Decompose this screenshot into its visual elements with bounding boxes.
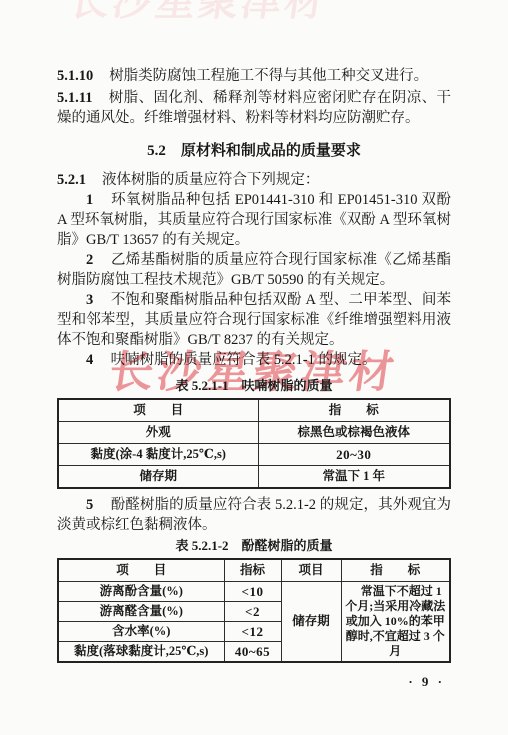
table-cell-item: 黏度(落球黏度计,25℃,s) [58,642,224,663]
table-row: 黏度(涂-4 黏度计,25℃,s) 20~30 [58,444,450,466]
table-cell-item: 游离酚含量(%) [58,582,224,602]
list-item-4: 4呋喃树脂的质量应符合表 5.2.1-1 的规定。 [57,350,451,370]
item-number: 1 [86,192,93,208]
table-cell-storage-item: 储存期 [281,582,341,663]
section-title: 原材料和制成品的质量要求 [181,143,361,159]
item-text: 酚醛树脂的质量应符合表 5.2.1-2 的规定，其外观宜为淡黄或棕红色黏稠液体。 [57,497,451,533]
page-content: 5.1.10树脂类防腐蚀工程施工不得与其他工种交叉进行。 5.1.11树脂、固化… [57,0,451,692]
table2-caption: 表 5.2.1-2 酚醛树脂的质量 [57,537,451,555]
table-cell-value: 棕黑色或棕褐色液体 [258,422,450,444]
clause-text: 液体树脂的质量应符合下列规定： [102,172,320,188]
clause-number: 5.1.11 [57,90,92,106]
item-number: 2 [86,252,93,268]
clause-number: 5.2.1 [57,172,86,188]
table-row: 外观 棕黑色或棕褐色液体 [58,422,450,444]
clause-5-2-1: 5.2.1液体树脂的质量应符合下列规定： [57,170,451,190]
item-number: 3 [86,292,93,308]
table-row: 游离酚含量(%) <10 储存期 常温下不超过 1 个月;当采用冷藏法或加入 1… [58,582,450,602]
item-number: 4 [86,352,93,368]
section-heading-5-2: 5.2原材料和制成品的质量要求 [57,141,451,161]
column-header-index: 指 标 [258,399,450,422]
table-cell-storage-value: 常温下不超过 1 个月;当采用冷藏法或加入 10%的苯甲醇时,不宜超过 3 个月 [341,582,450,663]
table-cell-value: <2 [224,602,281,622]
table1-caption: 表 5.2.1-1 呋喃树脂的质量 [57,377,451,395]
document-page: 长沙星聚津材 长沙星聚津材 5.1.10树脂类防腐蚀工程施工不得与其他工种交叉进… [0,0,508,735]
column-header-index: 指标 [224,559,281,582]
table-cell-value: <10 [224,582,281,602]
table-header-row: 项 目 指 标 [58,399,450,422]
item-number: 5 [86,497,93,513]
clause-number: 5.1.10 [57,68,93,84]
clause-5-1-11: 5.1.11树脂、固化剂、稀释剂等材料应密闭贮存在阴凉、干燥的通风处。纤维增强材… [57,88,451,128]
clause-text: 树脂类防腐蚀工程施工不得与其他工种交叉进行。 [109,68,428,84]
column-header-index: 指 标 [341,559,450,582]
item-text: 不饱和聚酯树脂品种包括双酚 A 型、二甲苯型、间苯型和邻苯型，其质量应符合现行国… [57,292,451,348]
page-number: · 9 · [57,672,451,692]
item-text: 环氧树脂品种包括 EP01441-310 和 EP01451-310 双酚 A … [57,192,451,248]
item-text: 乙烯基酯树脂的质量应符合现行国家标准《乙烯基酯树脂防腐蚀工程技术规范》GB/T … [57,252,451,288]
column-header-item: 项 目 [58,559,224,582]
table-cell-item: 含水率(%) [58,622,224,642]
clause-5-1-10: 5.1.10树脂类防腐蚀工程施工不得与其他工种交叉进行。 [57,66,451,86]
table-row: 储存期 常温下 1 年 [58,466,450,489]
table-cell-item: 游离醛含量(%) [58,602,224,622]
table-header-row: 项 目 指标 项目 指 标 [58,559,450,582]
table-cell-value: 40~65 [224,642,281,663]
table-cell-item: 外观 [58,422,258,444]
table-cell-item: 储存期 [58,466,258,489]
table-furan-resin-quality: 项 目 指 标 外观 棕黑色或棕褐色液体 黏度(涂-4 黏度计,25℃,s) 2… [57,398,451,489]
table-cell-item: 黏度(涂-4 黏度计,25℃,s) [58,444,258,466]
list-item-3: 3不饱和聚酯树脂品种包括双酚 A 型、二甲苯型、间苯型和邻苯型，其质量应符合现行… [57,290,451,350]
list-item-5: 5酚醛树脂的质量应符合表 5.2.1-2 的规定，其外观宜为淡黄或棕红色黏稠液体… [57,495,451,535]
list-item-1: 1环氧树脂品种包括 EP01441-310 和 EP01451-310 双酚 A… [57,190,451,250]
column-header-item: 项目 [281,559,341,582]
list-item-2: 2乙烯基酯树脂的质量应符合现行国家标准《乙烯基酯树脂防腐蚀工程技术规范》GB/T… [57,250,451,290]
table-cell-value: 常温下 1 年 [258,466,450,489]
table-phenolic-resin-quality: 项 目 指标 项目 指 标 游离酚含量(%) <10 储存期 常温下不超过 1 … [57,558,451,663]
item-text: 呋喃树脂的质量应符合表 5.2.1-1 的规定。 [111,352,377,368]
section-number: 5.2 [147,143,166,159]
column-header-item: 项 目 [58,399,258,422]
table-cell-value: <12 [224,622,281,642]
table-cell-value: 20~30 [258,444,450,466]
clause-text: 树脂、固化剂、稀释剂等材料应密闭贮存在阴凉、干燥的通风处。纤维增强材料、粉料等材… [57,90,451,126]
